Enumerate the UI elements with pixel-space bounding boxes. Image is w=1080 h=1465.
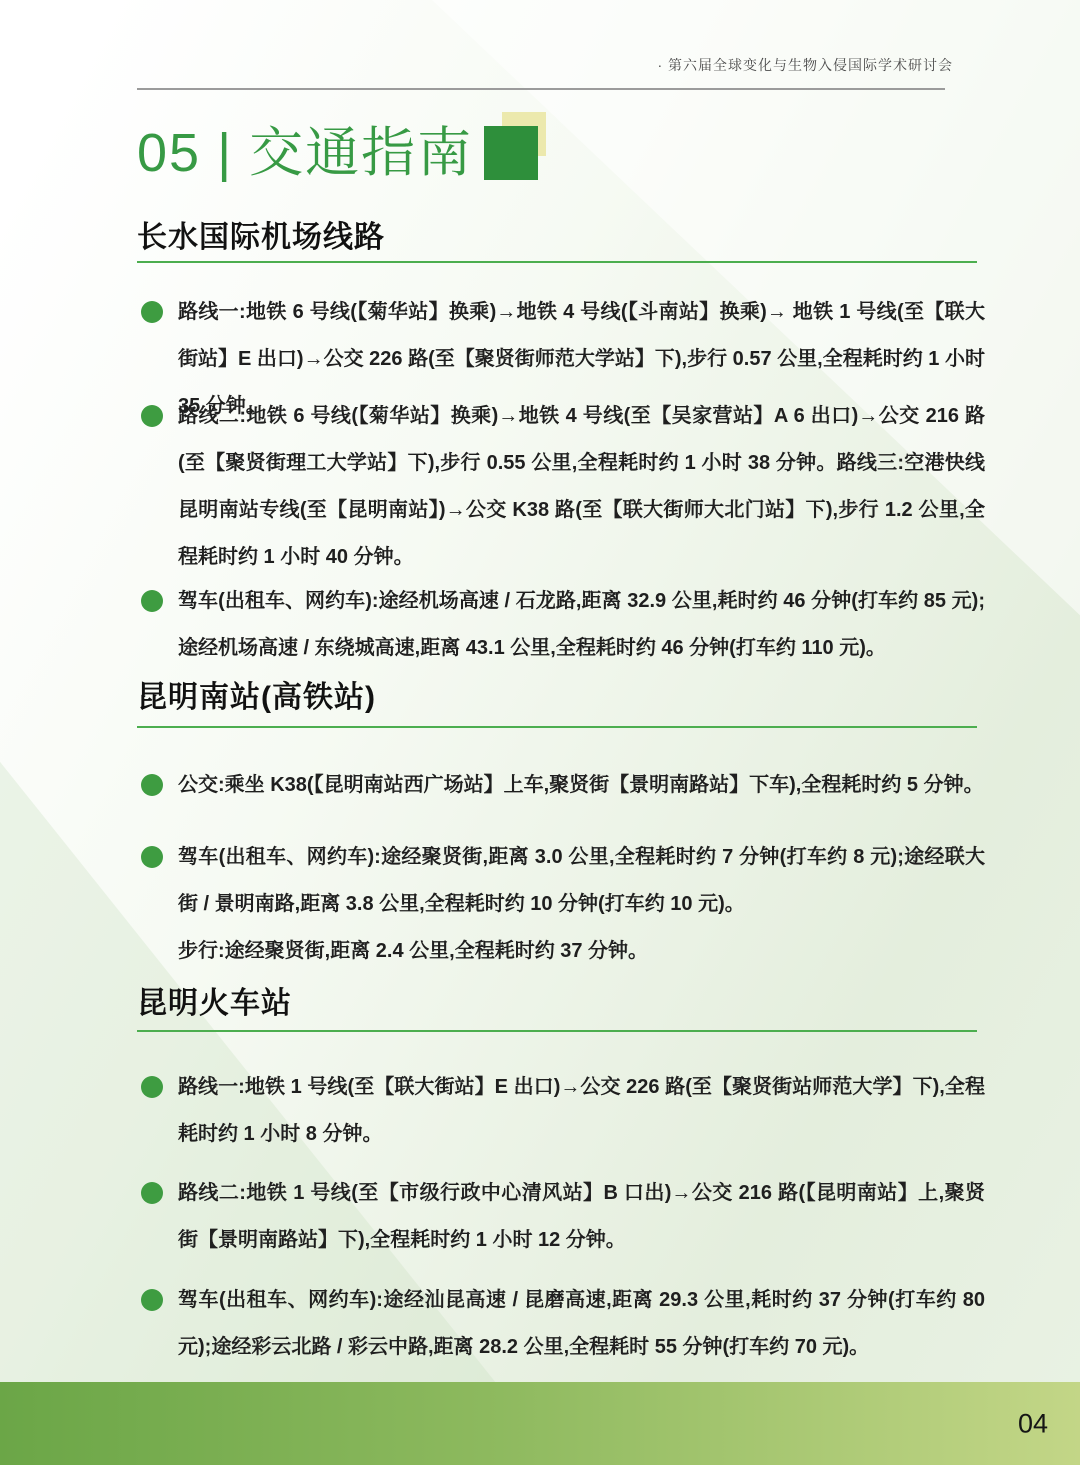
bullet-circle-icon xyxy=(141,301,163,323)
bullet-circle-icon xyxy=(141,774,163,796)
route-item: 驾车(出租车、网约车):途经机场高速 / 石龙路,距离 32.9 公里,耗时约 … xyxy=(137,578,985,672)
page-number: 04 xyxy=(1018,1408,1048,1439)
route-item-text: 路线二:地铁 6 号线(【菊华站】换乘)→地铁 4 号线(至【吴家营站】A 6 … xyxy=(178,393,985,581)
route-item: 驾车(出租车、网约车):途经汕昆高速 / 昆磨高速,距离 29.3 公里,耗时约… xyxy=(137,1277,985,1371)
footer-gradient-bar: 04 xyxy=(0,1382,1080,1465)
route-item-text: 路线二:地铁 1 号线(至【市级行政中心清风站】B 口出)→公交 216 路(【… xyxy=(178,1170,985,1264)
route-item: 驾车(出租车、网约车):途经聚贤街,距离 3.0 公里,全程耗时约 7 分钟(打… xyxy=(137,834,985,975)
route-item: 公交:乘坐 K38(【昆明南站西广场站】上车,聚贤街【景明南路站】下车),全程耗… xyxy=(137,762,985,809)
bullet-circle-icon xyxy=(141,846,163,868)
route-item-text: 驾车(出租车、网约车):途经机场高速 / 石龙路,距离 32.9 公里,耗时约 … xyxy=(178,578,985,672)
page-title: 05|交通指南 xyxy=(137,110,473,187)
page-title-divider: | xyxy=(217,123,233,183)
section-underline xyxy=(137,261,977,263)
bullet-circle-icon xyxy=(141,1289,163,1311)
route-item: 路线二:地铁 1 号线(至【市级行政中心清风站】B 口出)→公交 216 路(【… xyxy=(137,1170,985,1264)
document-page: · 第六届全球变化与生物入侵国际学术研讨会 05|交通指南 长水国际机场线路 路… xyxy=(0,0,1080,1465)
page-title-number: 05 xyxy=(137,123,201,183)
route-item-text: 步行:途经聚贤街,距离 2.4 公里,全程耗时约 37 分钟。 xyxy=(178,928,985,975)
section-heading-south-station: 昆明南站(高铁站) xyxy=(137,672,376,716)
section-heading-airport: 长水国际机场线路 xyxy=(137,212,385,256)
bullet-circle-icon xyxy=(141,1076,163,1098)
section-underline xyxy=(137,1030,977,1032)
bullet-circle-icon xyxy=(141,405,163,427)
route-item: 路线二:地铁 6 号线(【菊华站】换乘)→地铁 4 号线(至【吴家营站】A 6 … xyxy=(137,393,985,581)
header-divider-line xyxy=(137,88,945,90)
route-item-text: 公交:乘坐 K38(【昆明南站西广场站】上车,聚贤街【景明南路站】下车),全程耗… xyxy=(178,762,985,809)
bullet-circle-icon xyxy=(141,590,163,612)
bullet-circle-icon xyxy=(141,1182,163,1204)
title-square-green xyxy=(484,126,538,180)
route-item-text: 驾车(出租车、网约车):途经聚贤街,距离 3.0 公里,全程耗时约 7 分钟(打… xyxy=(178,834,985,928)
route-item-text: 路线一:地铁 1 号线(至【联大街站】E 出口)→公交 226 路(至【聚贤街站… xyxy=(178,1064,985,1158)
page-title-label: 交通指南 xyxy=(249,123,473,183)
route-item-text: 驾车(出租车、网约车):途经汕昆高速 / 昆磨高速,距离 29.3 公里,耗时约… xyxy=(178,1277,985,1371)
route-item: 路线一:地铁 1 号线(至【联大街站】E 出口)→公交 226 路(至【聚贤街站… xyxy=(137,1064,985,1158)
conference-header: · 第六届全球变化与生物入侵国际学术研讨会 xyxy=(657,55,953,75)
section-underline xyxy=(137,726,977,728)
section-heading-railway-station: 昆明火车站 xyxy=(137,978,292,1022)
